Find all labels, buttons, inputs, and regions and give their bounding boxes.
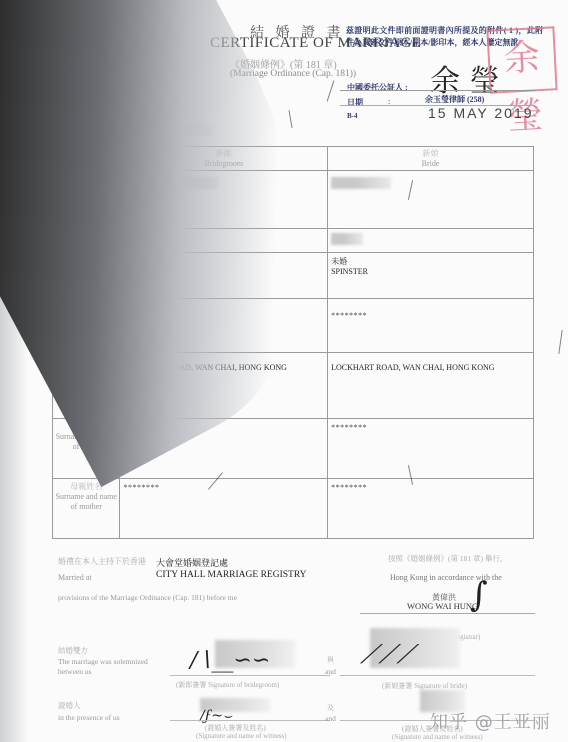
witness-2-caption-en: (Signature and name of witness) xyxy=(392,733,483,741)
row-label-zh: 職業 xyxy=(53,302,119,312)
bride-header-zh: 新娘 xyxy=(328,149,533,159)
bride-age-cell xyxy=(328,229,534,253)
bride-name-cell xyxy=(328,171,534,229)
row-label: 住址 Residential address xyxy=(53,353,120,419)
row-label-zh: 年齡 xyxy=(53,232,119,242)
bride-marital-cell: 未婚 SPINSTER xyxy=(328,253,534,299)
table-row: 年齡 Age xyxy=(53,229,534,253)
table-row: 住址 Residential address LOCKHART ROAD, WA… xyxy=(53,353,534,419)
groom-occupation: ******** xyxy=(123,311,159,320)
scan-debris xyxy=(288,110,292,128)
venue-zh: 大會堂婚姻登記處 xyxy=(156,556,228,569)
bride-signature-line xyxy=(340,675,535,676)
bride-marital-zh: 未婚 xyxy=(331,257,530,267)
witness-1-signature: ∕ϝ~⌣ xyxy=(200,708,232,724)
witness-1-line xyxy=(170,720,330,721)
registry-text-zh-right: 按照《婚姻條例》(第 181 章) 舉行。 xyxy=(388,553,507,564)
table-row: 母親姓名 Surname and name of mother ********… xyxy=(53,479,534,539)
groom-father-cell: ******** xyxy=(120,419,328,479)
bride-marital-en: SPINSTER xyxy=(331,267,368,276)
registry-text-zh: 婚禮在本人主持下於香港 xyxy=(58,556,146,567)
groom-mother-cell: ******** xyxy=(120,479,328,539)
bride-address: LOCKHART ROAD, WAN CHAI, HONG KONG xyxy=(331,363,494,372)
groom-marital-cell: 未婚 BACHELOR xyxy=(120,253,328,299)
notary-label: 中國委托公証人 : xyxy=(347,82,408,93)
bride-mother-cell: ******** xyxy=(328,479,534,539)
certificate-number: DK9208 xyxy=(118,108,159,124)
header-blank xyxy=(53,147,120,171)
bride-occupation-cell: ******** xyxy=(328,299,534,353)
bride-father: ******** xyxy=(331,423,367,432)
groom-address-cell: LOCKHART ROAD, WAN CHAI, HONG KONG xyxy=(120,353,328,419)
solemnized-label-en-2: between us xyxy=(58,667,92,676)
redacted-groom-name xyxy=(123,177,218,189)
groom-name-cell xyxy=(120,171,328,229)
groom-header-zh: 新郎 xyxy=(120,149,327,159)
row-label-zh: 父親姓名 xyxy=(53,422,119,432)
and-label-2: and xyxy=(325,714,336,723)
zhihu-watermark: 知乎 @王亚丽 xyxy=(430,708,551,734)
redacted-groom-age xyxy=(123,233,155,245)
row-label-en: Occupation xyxy=(68,312,105,321)
table-row: 姓名 Surname and name xyxy=(53,171,534,229)
row-label-zh: 結婚前婚姻狀況 xyxy=(53,256,119,266)
registrar-signature-line xyxy=(360,613,535,614)
witness-label-en: in the presence of us xyxy=(58,713,120,722)
witness-1-caption-en: (Signature and name of witness) xyxy=(196,732,287,740)
notary-signature-line xyxy=(340,90,535,91)
certificate-page: 結 婚 證 書 CERTIFICATE OF MARRIAGE 《婚姻條例》(第… xyxy=(0,0,568,742)
groom-age-cell xyxy=(120,229,328,253)
groom-header-en: Bridegroom xyxy=(204,159,243,168)
venue-en: CITY HALL MARRIAGE REGISTRY xyxy=(156,570,307,580)
bride-address-cell: LOCKHART ROAD, WAN CHAI, HONG KONG xyxy=(328,353,534,419)
row-label-en: Age xyxy=(80,242,93,251)
scan-debris xyxy=(558,330,562,354)
row-label: 年齡 Age xyxy=(53,229,120,253)
row-label-en: Marital condition before marriage xyxy=(58,266,114,285)
date-stamp: 15 MAY 2019 xyxy=(428,105,534,121)
row-label-zh: 住址 xyxy=(53,356,119,366)
groom-father: ******** xyxy=(123,423,159,432)
groom-marital-en: BACHELOR xyxy=(123,267,166,276)
groom-address: LOCKHART ROAD, WAN CHAI, HONG KONG xyxy=(123,363,286,372)
married-at-label: Married at xyxy=(58,573,92,582)
scan-debris xyxy=(327,80,335,101)
row-label-en: Surname and name of father xyxy=(56,432,117,451)
row-label-zh: 姓名 xyxy=(53,174,119,184)
bride-header-en: Bride xyxy=(422,159,440,168)
groom-occupation-cell: ******** xyxy=(120,299,328,353)
groom-mother: ******** xyxy=(123,483,159,492)
redacted-entry-number xyxy=(118,124,213,136)
row-label: 姓名 Surname and name xyxy=(53,171,120,229)
groom-signature: ∕∖__∽∽ xyxy=(190,648,270,673)
notary-seal-stamp: 余瑩 xyxy=(486,26,557,93)
notary-ref: B-4 xyxy=(347,112,358,120)
column-header-groom: 新郎 Bridegroom xyxy=(120,147,328,171)
table-row: 職業 Occupation ******** ******** xyxy=(53,299,534,353)
and-zh-2: 及 xyxy=(327,703,334,713)
registrar-name-en: WONG WAI HUNG xyxy=(407,601,478,611)
date-label: 日期 xyxy=(347,97,363,108)
row-label-zh: 母親姓名 xyxy=(53,482,119,492)
row-label: 結婚前婚姻狀況 Marital condition before marriag… xyxy=(53,253,120,299)
bride-father-cell: ******** xyxy=(328,419,534,479)
redacted-bride-name xyxy=(331,177,391,189)
row-label: 母親姓名 Surname and name of mother xyxy=(53,479,120,539)
provisions-text: provisions of the Marriage Ordinance (Ca… xyxy=(58,593,237,602)
row-label: 父親姓名 Surname and name of father xyxy=(53,419,120,479)
particulars-table: 新郎 Bridegroom 新娘 Bride 姓名 Surname and na… xyxy=(52,146,534,539)
row-label: 職業 Occupation xyxy=(53,299,120,353)
bride-occupation: ******** xyxy=(331,311,367,320)
groom-signature-line xyxy=(170,675,330,676)
solemnized-label-zh: 結婚雙方 xyxy=(58,645,88,656)
bride-signature: ⟋⟋⟋ xyxy=(360,640,415,671)
scan-edge-shadow xyxy=(0,0,28,742)
row-label-en: Residential address xyxy=(55,366,117,375)
row-label-en: Surname and name xyxy=(56,184,117,193)
row-label-en: Surname and name of mother xyxy=(56,492,117,511)
redacted-bride-age xyxy=(331,233,363,245)
table-row: 父親姓名 Surname and name of father ********… xyxy=(53,419,534,479)
solemnized-label-en-1: The marriage was solemnized xyxy=(58,657,148,666)
and-label: and xyxy=(325,667,336,676)
witness-label-zh: 證婚人 xyxy=(58,700,81,711)
ordinance-english: (Marriage Ordinance (Cap. 181)) xyxy=(230,69,356,79)
bride-mother: ******** xyxy=(331,483,367,492)
column-header-bride: 新娘 Bride xyxy=(328,147,534,171)
groom-signature-caption: (新郎簽署 Signature of bridegroom) xyxy=(176,680,279,690)
groom-marital-zh: 未婚 xyxy=(123,257,324,267)
registrar-signature: ∫ xyxy=(470,575,488,615)
and-zh: 與 xyxy=(327,655,334,665)
notary-name: 余玉瑩律師 (258) xyxy=(425,94,484,105)
table-row: 結婚前婚姻狀況 Marital condition before marriag… xyxy=(53,253,534,299)
